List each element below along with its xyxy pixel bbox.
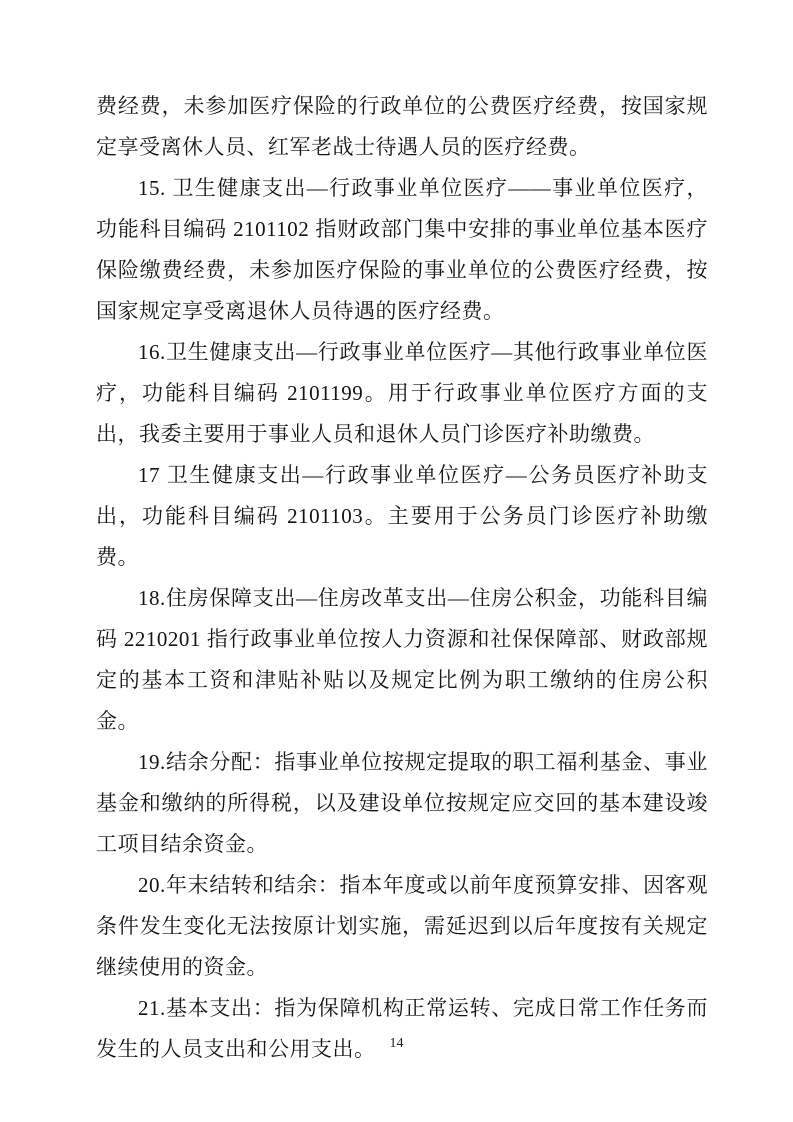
page-number: 14	[0, 1036, 793, 1052]
paragraph-15: 15. 卫生健康支出—行政事业单位医疗——事业单位医疗，功能科目编码 21011…	[96, 168, 708, 332]
paragraph-20: 20.年末结转和结余：指本年度或以前年度预算安排、因客观条件发生变化无法按原计划…	[96, 865, 708, 988]
paragraph-17: 17 卫生健康支出—行政事业单位医疗—公务员医疗补助支出，功能科目编码 2101…	[96, 455, 708, 578]
document-page: 费经费，未参加医疗保险的行政单位的公费医疗经费，按国家规定享受离休人员、红军老战…	[0, 0, 793, 1122]
document-body: 费经费，未参加医疗保险的行政单位的公费医疗经费，按国家规定享受离休人员、红军老战…	[96, 86, 708, 1070]
paragraph-19: 19.结余分配：指事业单位按规定提取的职工福利基金、事业基金和缴纳的所得税，以及…	[96, 742, 708, 865]
paragraph-16: 16.卫生健康支出—行政事业单位医疗—其他行政事业单位医疗，功能科目编码 210…	[96, 332, 708, 455]
paragraph-18: 18.住房保障支出—住房改革支出—住房公积金，功能科目编码 2210201 指行…	[96, 578, 708, 742]
paragraph-14-continuation: 费经费，未参加医疗保险的行政单位的公费医疗经费，按国家规定享受离休人员、红军老战…	[96, 86, 708, 168]
paragraph-21: 21.基本支出：指为保障机构正常运转、完成日常工作任务而发生的人员支出和公用支出…	[96, 988, 708, 1070]
